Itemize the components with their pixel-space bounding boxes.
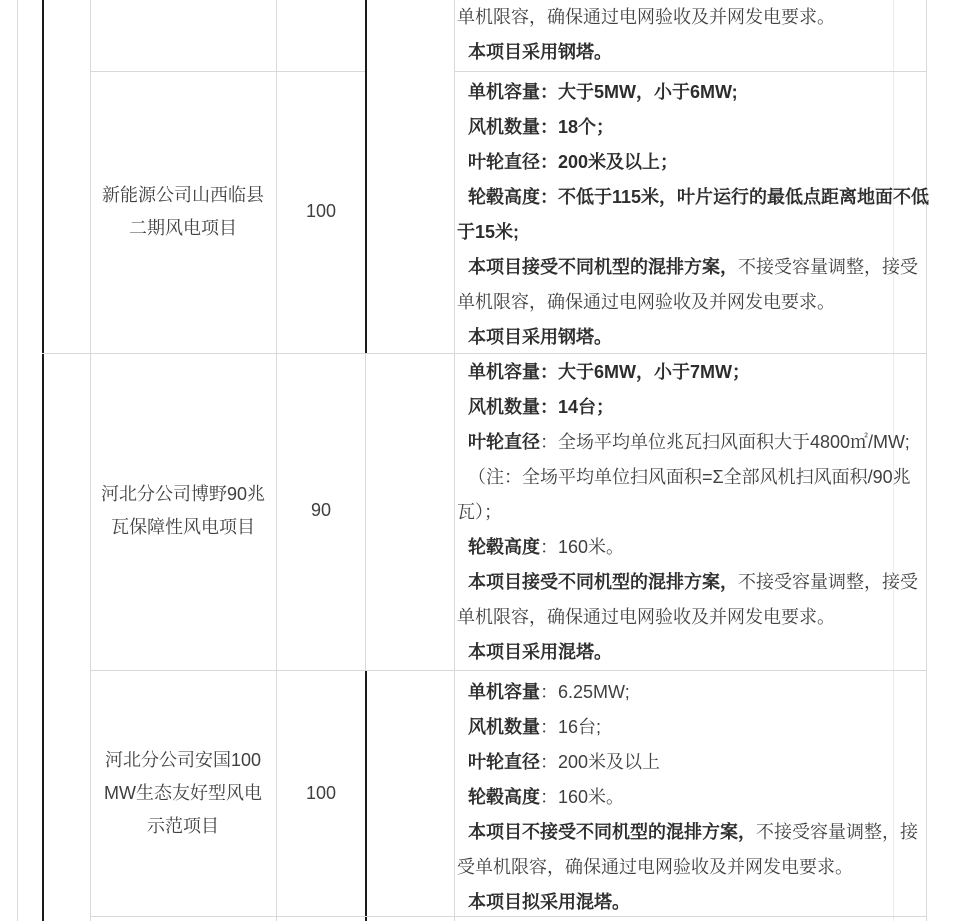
capacity-cell: 90	[276, 494, 366, 527]
spec-segment-bold: 轮毂高度	[468, 787, 540, 807]
spec-segment-bold: 本项目不接受不同机型的混排方案，	[468, 822, 756, 842]
spec-line: 风机数量：18个；	[457, 110, 935, 145]
spec-line: 单机容量：大于6MW，小于7MW；	[457, 355, 935, 390]
spec-line: 本项目接受不同机型的混排方案，不接受容量调整，接受	[457, 565, 935, 600]
spec-segment-bold: 本项目拟采用混塔。	[468, 892, 630, 912]
spec-segment-bold: 风机数量：18个；	[468, 117, 614, 137]
project-name-line: 二期风电项目	[90, 212, 276, 245]
project-name-line: 瓦保障性风电项目	[90, 511, 276, 544]
spec-segment: 单机限容，确保通过电网验收及并网发电要求。	[457, 7, 835, 27]
spec-segment: 不接受容量调整，接受	[738, 257, 918, 277]
spec-segment-bold: 单机容量	[468, 682, 540, 702]
spec-segment-bold: 叶轮直径	[468, 752, 540, 772]
spec-line: 本项目采用钢塔。	[457, 320, 935, 355]
spec-segment-bold: 本项目采用混塔。	[468, 642, 612, 662]
spec-segment-bold: 于15米;	[457, 222, 519, 242]
spec-segment-bold: 风机数量：14台；	[468, 397, 614, 417]
spec-segment: ：160米。	[540, 537, 624, 557]
spec-line: 叶轮直径：200米及以上	[457, 745, 935, 780]
spec-segment: 不接受容量调整，接受	[738, 572, 918, 592]
project-name-line: 示范项目	[90, 810, 276, 843]
spec-segment-bold: 本项目采用钢塔。	[468, 42, 612, 62]
spec-segment-bold: 轮毂高度	[468, 537, 540, 557]
spec-segment: 单机限容，确保通过电网验收及并网发电要求。	[457, 607, 835, 627]
capacity-cell: 100	[276, 195, 366, 228]
spec-segment-bold: 单机容量：大于5MW，小于6MW;	[468, 82, 738, 102]
spec-line: （注：全场平均单位扫风面积=Σ全部风机扫风面积/90兆	[457, 460, 935, 495]
spec-segment: 单机限容，确保通过电网验收及并网发电要求。	[457, 292, 835, 312]
capacity-cell: 100	[276, 777, 366, 810]
spec-segment-bold: 本项目采用钢塔。	[468, 327, 612, 347]
table-grid-hline	[90, 71, 365, 72]
spec-line: 叶轮直径：全场平均单位兆瓦扫风面积大于4800㎡/MW;	[457, 425, 935, 460]
spec-line: 于15米;	[457, 215, 935, 250]
spec-cell: 单机容量：大于5MW，小于6MW;风机数量：18个；叶轮直径：200米及以上；轮…	[457, 75, 935, 355]
spec-cell: 单机容量：6.25MW;风机数量：16台;叶轮直径：200米及以上轮毂高度：16…	[457, 675, 935, 920]
spec-line: 轮毂高度：160米。	[457, 780, 935, 815]
spec-line: 单机限容，确保通过电网验收及并网发电要求。	[457, 0, 935, 35]
spec-line: 本项目不接受不同机型的混排方案，不接受容量调整，接	[457, 815, 935, 850]
spec-line: 本项目采用钢塔。	[457, 35, 935, 70]
spec-segment: ：16台;	[540, 717, 601, 737]
spec-segment-bold: 轮毂高度：不低于115米，叶片运行的最低点距离地面不低	[468, 187, 929, 207]
spec-segment: ：6.25MW;	[540, 682, 630, 702]
wind-projects-table: 单机限容，确保通过电网验收及并网发电要求。本项目采用钢塔。新能源公司山西临县二期…	[0, 0, 955, 921]
table-grid-hline	[454, 71, 926, 72]
spec-line: 轮毂高度：160米。	[457, 530, 935, 565]
spec-line: 本项目接受不同机型的混排方案，不接受容量调整，接受	[457, 250, 935, 285]
spec-cell: 单机容量：大于6MW，小于7MW；风机数量：14台；叶轮直径：全场平均单位兆瓦扫…	[457, 355, 935, 670]
table-grid-hline	[90, 670, 926, 671]
table-grid-vline	[454, 0, 455, 921]
spec-line: 风机数量：16台;	[457, 710, 935, 745]
spec-segment: 瓦）；	[457, 502, 502, 522]
project-name-line: MW生态友好型风电	[90, 777, 276, 810]
spec-line: 轮毂高度：不低于115米，叶片运行的最低点距离地面不低	[457, 180, 935, 215]
project-name-line: 河北分公司博野90兆	[90, 478, 276, 511]
spec-segment: 受单机限容，确保通过电网验收及并网发电要求。	[457, 857, 853, 877]
spec-line: 单机限容，确保通过电网验收及并网发电要求。	[457, 285, 935, 320]
spec-line: 叶轮直径：200米及以上；	[457, 145, 935, 180]
spec-segment: ：200米及以上	[540, 752, 660, 772]
spec-line: 风机数量：14台；	[457, 390, 935, 425]
spec-cell: 单机限容，确保通过电网验收及并网发电要求。本项目采用钢塔。	[457, 0, 935, 70]
table-grid-vline	[365, 0, 367, 353]
spec-segment: ：全场平均单位兆瓦扫风面积大于4800㎡/MW;	[540, 432, 910, 452]
project-name-line: 河北分公司安国100	[90, 744, 276, 777]
spec-segment-bold: 风机数量	[468, 717, 540, 737]
spec-segment: （注：全场平均单位扫风面积=Σ全部风机扫风面积/90兆	[468, 467, 911, 487]
project-name-cell: 新能源公司山西临县二期风电项目	[90, 179, 276, 245]
table-grid-vline	[17, 0, 18, 921]
spec-line: 瓦）；	[457, 495, 935, 530]
spec-line: 本项目采用混塔。	[457, 635, 935, 670]
spec-segment-bold: 叶轮直径：200米及以上；	[468, 152, 678, 172]
project-name-line: 新能源公司山西临县	[90, 179, 276, 212]
spec-line: 本项目拟采用混塔。	[457, 885, 935, 920]
spec-line: 单机容量：6.25MW;	[457, 675, 935, 710]
project-name-cell: 河北分公司安国100MW生态友好型风电示范项目	[90, 744, 276, 843]
spec-line: 单机容量：大于5MW，小于6MW;	[457, 75, 935, 110]
spec-segment-bold: 本项目接受不同机型的混排方案，	[468, 257, 738, 277]
spec-segment: ：160米。	[540, 787, 624, 807]
table-grid-vline	[42, 0, 44, 921]
project-name-cell: 河北分公司博野90兆瓦保障性风电项目	[90, 478, 276, 544]
spec-line: 单机限容，确保通过电网验收及并网发电要求。	[457, 600, 935, 635]
spec-segment: 不接受容量调整，接	[756, 822, 918, 842]
spec-segment-bold: 本项目接受不同机型的混排方案，	[468, 572, 738, 592]
spec-segment-bold: 单机容量：大于6MW，小于7MW；	[468, 362, 750, 382]
spec-segment-bold: 叶轮直径	[468, 432, 540, 452]
spec-line: 受单机限容，确保通过电网验收及并网发电要求。	[457, 850, 935, 885]
